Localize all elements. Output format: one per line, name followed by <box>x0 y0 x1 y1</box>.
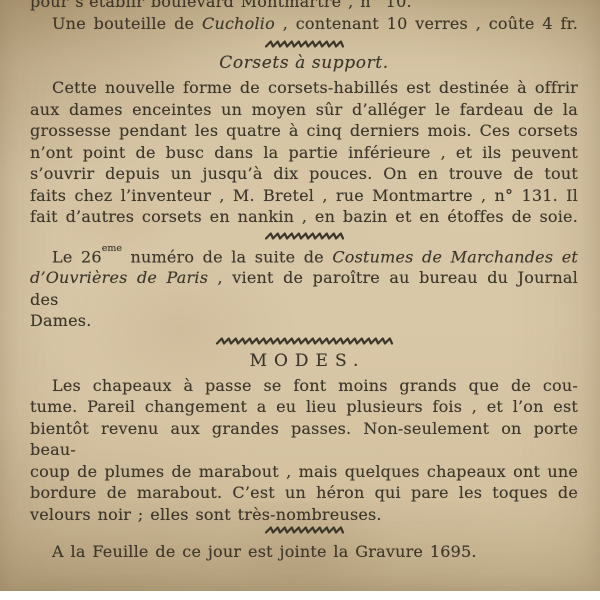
text-line: faits chez l’inventeur , M. Bretel , rue… <box>30 185 578 207</box>
product-name-cucholio: Cucholio <box>202 14 275 33</box>
text-line: fait d’autres corsets en nankin , en baz… <box>30 206 578 228</box>
costumes-line1-mid: numéro de la suite de <box>122 247 332 266</box>
squiggle-divider-long <box>30 336 578 346</box>
squiggle-divider <box>30 39 578 49</box>
text-line: bordure de marabout. C’est un héron qui … <box>30 482 578 504</box>
section-heading-modes: MODES. <box>30 351 578 371</box>
text-line: coup de plumes de marabout , mais quelqu… <box>30 461 578 483</box>
squiggle-icon <box>264 39 345 49</box>
text-line: s’ouvrir depuis un jusqu’à dix pouces. O… <box>30 163 578 185</box>
series-title-part1: Costumes de Marchandes et <box>332 247 578 266</box>
squiggle-icon <box>215 336 394 346</box>
clipped-top-line: pour s’établir boulevard Montmartre , n°… <box>30 0 578 13</box>
text-line: aux dames enceintes un moyen sûr d’allég… <box>30 99 578 121</box>
bottle-line: Une bouteille de Cucholio , contenant 10… <box>30 13 578 35</box>
costumes-line1-pre: Le 26 <box>52 247 102 266</box>
ordinal-superscript: eme <box>102 243 122 254</box>
document-page: pour s’établir boulevard Montmartre , n°… <box>0 0 600 591</box>
text-column: pour s’établir boulevard Montmartre , n°… <box>0 0 600 563</box>
text-line-costumes-2: d’Ouvrières de Paris , vient de paroître… <box>30 267 578 310</box>
bottle-line-pre: Une bouteille de <box>52 14 202 33</box>
text-line-costumes-3: Dames. <box>30 310 578 332</box>
bottle-line-post: , contenant 10 verres , coûte 4 fr. <box>275 14 578 33</box>
squiggle-divider <box>30 231 578 241</box>
final-notice-line: A la Feuille de ce jour est jointe la Gr… <box>30 541 578 563</box>
squiggle-icon <box>264 231 345 241</box>
text-line: n’ont point de busc dans la partie infér… <box>30 142 578 164</box>
text-line: grossesse pendant les quatre à cinq dern… <box>30 120 578 142</box>
text-line: Cette nouvelle forme de corsets-habillés… <box>30 77 578 99</box>
text-line: Les chapeaux à passe se font moins grand… <box>30 375 578 397</box>
section-heading-corsets: Corsets à support. <box>30 53 578 73</box>
text-line: tume. Pareil changement a eu lieu plusie… <box>30 396 578 418</box>
text-line: bientôt revenu aux grandes passes. Non-s… <box>30 418 578 461</box>
text-line-costumes-1: Le 26eme numéro de la suite de Costumes … <box>30 243 578 268</box>
text-line: velours noir ; elles sont très-nombreuse… <box>30 504 578 526</box>
series-title-part2: d’Ouvrières de Paris <box>30 268 208 287</box>
squiggle-divider <box>30 525 578 535</box>
squiggle-icon <box>264 525 345 535</box>
